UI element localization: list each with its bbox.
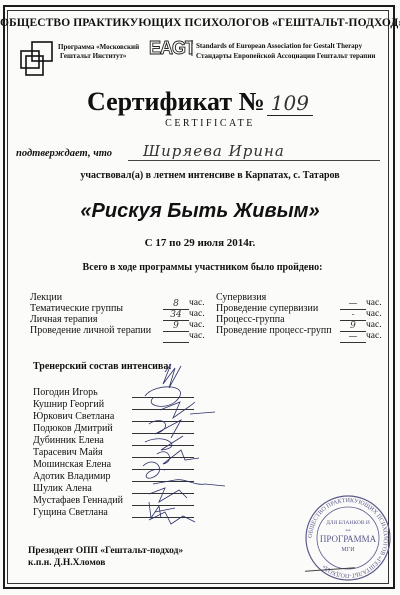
president-signature-block: Президент ОПП «Гештальт-подход» к.п.н. Д… — [28, 545, 183, 569]
gestalt-squares-logo-icon — [18, 41, 56, 77]
trainer-name: Подюков Дмитрий — [33, 423, 113, 434]
trainer-name: Тарасевич Майя — [33, 447, 103, 458]
trainer-name: Юркович Светлана — [33, 411, 114, 422]
president-name: к.п.н. Д.Н.Хломов — [28, 557, 183, 569]
svg-text:МГИ: МГИ — [341, 547, 355, 553]
svg-text:EAGT: EAGT — [149, 38, 193, 57]
standards-russian: Стандарты Европейской Ассоциации Гешталь… — [196, 52, 375, 62]
trainer-name: Мустафаев Геннадий — [33, 495, 123, 506]
hours-value-conducting-therapy — [163, 332, 189, 343]
program-line-2: Гештальт Институт» — [58, 52, 139, 61]
hours-label-process-group: Процесс-группа — [216, 314, 285, 325]
trainer-name: Погодин Игорь — [33, 387, 98, 398]
certificate-title: Сертификат №109 — [0, 87, 400, 117]
hours-label-personal-therapy: Личная терапия — [30, 314, 97, 325]
hours-label-thematic-groups: Тематические группы — [30, 303, 123, 314]
president-title: Президент ОПП «Гештальт-подход» — [28, 545, 183, 557]
trainer-name: Шулик Алена — [33, 483, 92, 494]
trainer-signatures-icon — [135, 362, 230, 530]
trainer-name: Дубинник Елена — [33, 435, 104, 446]
hours-label-supervision: Супервизия — [216, 292, 266, 303]
certificate-subtitle: CERTIFICATE — [0, 118, 400, 129]
certificate-page: ОБЩЕСТВО ПРАКТИКУЮЩИХ ПСИХОЛОГОВ «ГЕШТАЛ… — [0, 0, 400, 595]
participation-text: участвовал(а) в летнем интенсиве в Карпа… — [0, 170, 400, 181]
trainer-name: Мошинская Елена — [33, 459, 111, 470]
organization-title: ОБЩЕСТВО ПРАКТИКУЮЩИХ ПСИХОЛОГОВ «ГЕШТАЛ… — [0, 17, 400, 29]
svg-text:ДЛЯ БЛАНКОВ И: ДЛЯ БЛАНКОВ И — [326, 520, 370, 526]
trainer-name: Гущина Светлана — [33, 507, 108, 518]
recipient-name: Ширяева Ирина — [143, 142, 285, 160]
program-title: «Рискуя Быть Живым» — [0, 200, 400, 223]
program-name: Программа «Московский Гештальт Институт» — [58, 43, 139, 61]
hours-value-conducting-process-groups: — — [340, 332, 366, 343]
standards-english: Standards of European Association for Ge… — [196, 42, 375, 52]
trainer-name: Адотик Владимир — [33, 471, 110, 482]
hours-label-conducting-supervision: Проведение супервизии — [216, 303, 318, 314]
trainer-name: Кушнир Георгий — [33, 399, 104, 410]
total-label: Всего в ходе программы участником было п… — [0, 262, 400, 273]
hours-label-conducting-therapy: Проведение личной терапии — [30, 325, 151, 336]
hours-label-lectures: Лекции — [30, 292, 62, 303]
program-dates: С 17 по 29 июля 2014г. — [0, 237, 400, 249]
hours-unit: час. — [366, 331, 382, 341]
hours-label-conducting-process-groups: Проведение процесс-групп — [216, 325, 332, 336]
eagt-standards: Standards of European Association for Ge… — [196, 42, 375, 61]
svg-text:ПРОГРАММА: ПРОГРАММА — [320, 534, 377, 544]
title-text: Сертификат № — [87, 87, 265, 116]
confirms-label: подтверждает, что — [16, 148, 112, 159]
program-line-1: Программа «Московский — [58, 43, 139, 52]
certificate-number: 109 — [267, 91, 313, 116]
organization-stamp-icon: ОБЩЕСТВО ПРАКТИКУЮЩИХ ПСИХОЛОГОВ «ГЕШТАЛ… — [304, 494, 392, 582]
hours-unit: час. — [189, 331, 205, 341]
name-underline — [128, 160, 380, 161]
eagt-logo-icon: EAGT — [148, 38, 193, 57]
